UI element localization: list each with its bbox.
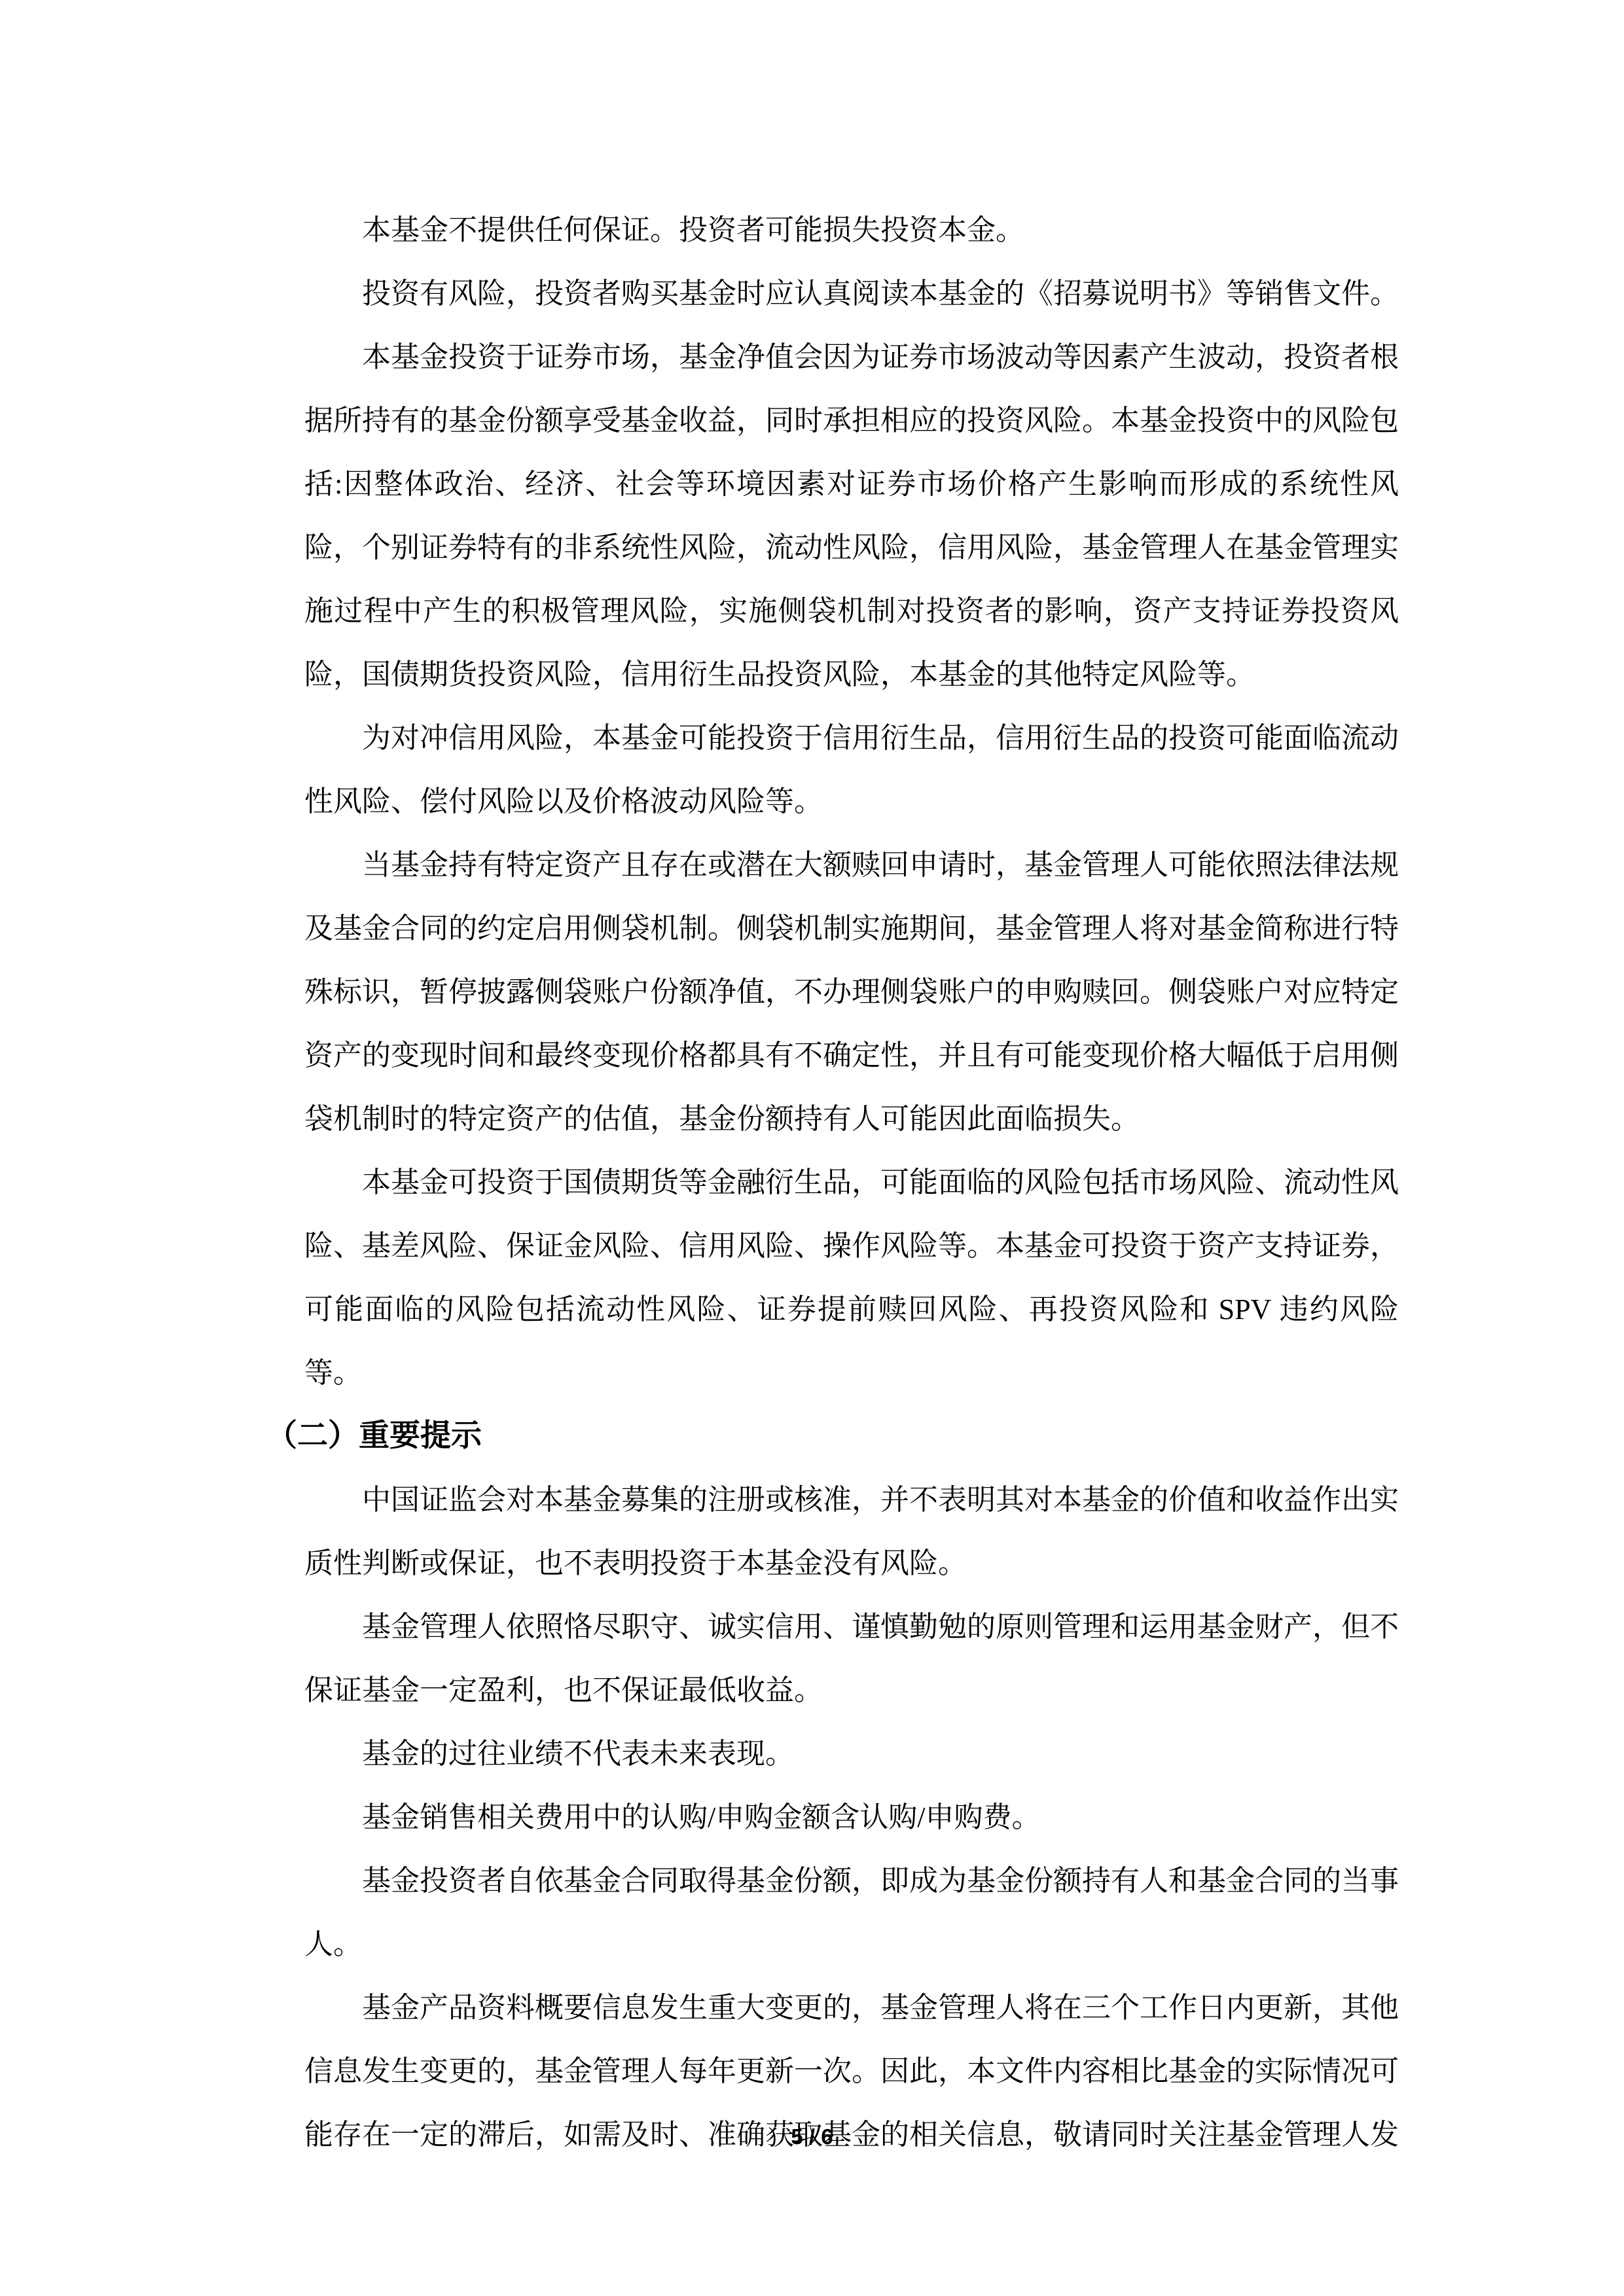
paragraph-market-risks: 本基金投资于证券市场，基金净值会因为证券市场波动等因素产生波动，投资者根据所持有…	[304, 325, 1399, 706]
paragraph-no-guarantee: 本基金不提供任何保证。投资者可能损失投资本金。	[304, 198, 1399, 262]
document-body: 本基金不提供任何保证。投资者可能损失投资本金。 投资有风险，投资者购买基金时应认…	[304, 198, 1399, 2166]
paragraph-side-pocket: 当基金持有特定资产且存在或潜在大额赎回申请时，基金管理人可能依照法律法规及基金合…	[304, 833, 1399, 1151]
section-heading-important-notes: （二）重要提示	[266, 1405, 1399, 1468]
paragraph-contract-party: 基金投资者自依基金合同取得基金份额，即成为基金份额持有人和基金合同的当事人。	[304, 1849, 1399, 1976]
paragraph-manager-duty: 基金管理人依照恪尽职守、诚实信用、谨慎勤勉的原则管理和运用基金财产，但不保证基金…	[304, 1595, 1399, 1722]
paragraph-credit-derivatives: 为对冲信用风险，本基金可能投资于信用衍生品，信用衍生品的投资可能面临流动性风险、…	[304, 706, 1399, 833]
paragraph-past-performance: 基金的过往业绩不代表未来表现。	[304, 1722, 1399, 1785]
page-number: 5 / 6	[0, 2124, 1624, 2150]
paragraph-csrc-registration: 中国证监会对本基金募集的注册或核准，并不表明其对本基金的价值和收益作出实质性判断…	[304, 1468, 1399, 1595]
paragraph-futures-abs-risk: 本基金可投资于国债期货等金融衍生品，可能面临的风险包括市场风险、流动性风险、基差…	[304, 1151, 1399, 1405]
document-page: 本基金不提供任何保证。投资者可能损失投资本金。 投资有风险，投资者购买基金时应认…	[0, 0, 1624, 2296]
paragraph-investment-risk: 投资有风险，投资者购买基金时应认真阅读本基金的《招募说明书》等销售文件。	[304, 262, 1399, 325]
paragraph-subscription-fee: 基金销售相关费用中的认购/申购金额含认购/申购费。	[304, 1785, 1399, 1849]
